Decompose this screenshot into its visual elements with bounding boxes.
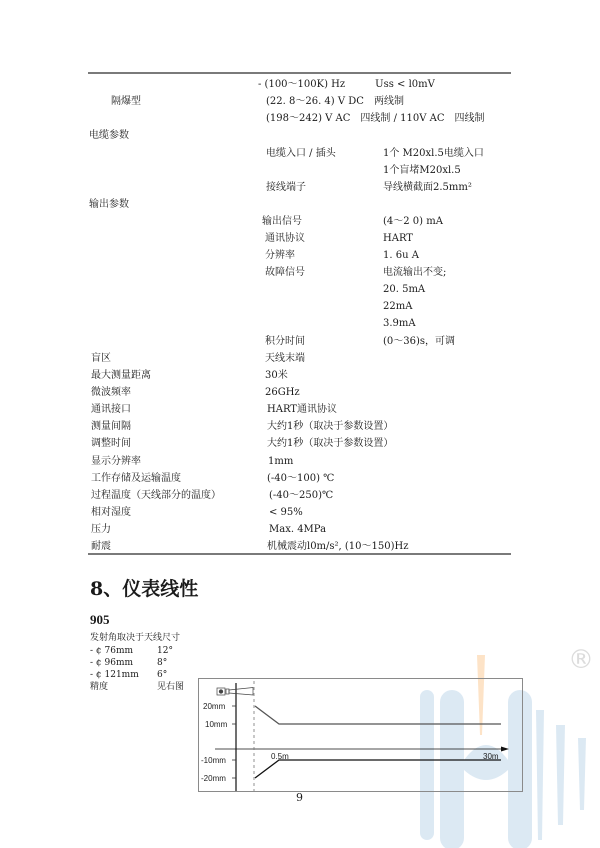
spec-label: 相对湿度 [91,507,131,519]
beam-angle: 12° [157,645,173,657]
spec-label: 过程温度（天线部分的温度） [91,490,221,502]
spec-value: (-40～100) ℃ [267,473,334,485]
output-value: 20. 5mA [383,284,425,296]
top-rule [88,72,511,74]
cable-value: 1个 M20xl.5电缆入口 [383,148,484,160]
y-tick-label: 20mm [203,702,226,711]
spec-value: < 95% [269,507,303,519]
y-tick-label: -10mm [201,756,226,765]
spec-value: Max. 4MPa [269,524,326,536]
upper-tolerance-line [255,706,501,724]
spec-value: 大约1秒（取决于参数设置） [267,438,393,450]
accuracy-value: 见右图 [157,681,184,693]
cable-value: 1个盲堵M20xl.5 [383,165,461,177]
spec-label: 显示分辨率 [91,456,141,468]
beam-size: - ¢ 76mm [90,645,133,657]
beam-size: - ¢ 96mm [90,657,133,669]
spec-value: (198～242) V AC 四线制 / 110V AC 四线制 [266,113,485,125]
bottom-rule [88,553,511,555]
spec-label: 测量间隔 [91,421,131,433]
y-tick-label: 10mm [205,720,228,729]
beam-angle: 8° [157,657,167,669]
cable-key: 接线端子 [266,182,306,194]
beam-heading: 发射角取决于天线尺寸 [90,632,180,644]
cable-key: 电缆入口 / 插头 [266,148,336,160]
accuracy-label: 精度 [90,681,108,693]
output-key: 输出信号 [262,216,302,228]
spec-value: HART通讯协议 [267,404,337,416]
page-number: 9 [296,791,303,804]
section-title: 8、仪表线性 [90,574,198,601]
accuracy-chart-svg: 20mm 10mm -10mm -20mm 0.5m 30m [199,679,522,791]
spec-label: 隔爆型 [111,96,141,108]
beam-size: - ¢ 121mm [90,669,139,681]
spec-value: 天线末端 [265,353,305,365]
antenna-icon [217,688,253,696]
output-key: 通讯协议 [265,233,305,245]
spec-label: 压力 [91,524,111,536]
registered-mark: ® [568,645,594,675]
cable-params-heading: 电缆参数 [89,130,129,142]
y-tick-label: -20mm [201,774,226,783]
spec-label: 微波频率 [91,387,131,399]
spec-label: 通讯接口 [91,404,131,416]
spec-value: 30米 [265,370,288,382]
accuracy-chart: 20mm 10mm -10mm -20mm 0.5m 30m [198,678,523,792]
spec-label: 调整时间 [91,438,131,450]
output-key: 故障信号 [265,267,305,279]
output-value: 22mA [383,301,412,313]
output-value: (0～36)s，可调 [383,336,455,348]
output-params-heading: 输出参数 [89,199,129,211]
spec-value: 大约1秒（取决于参数设置） [267,421,393,433]
spec-value: 1mm [268,456,293,468]
cable-value: 导线横截面2.5mm² [383,182,472,194]
output-value: HART [383,233,413,245]
output-key: 积分时间 [265,336,305,348]
beam-angle: 6° [157,669,167,681]
lower-tolerance-line [255,760,501,778]
spec-label: 耐震 [91,541,111,553]
spec-value: (-40～250)℃ [269,490,333,502]
spec-label: 盲区 [91,353,111,365]
spec-value: 26GHz [265,387,300,399]
spec-label: 最大测量距离 [91,370,151,382]
spec-label: 工作存储及运输温度 [91,473,181,485]
output-value: 3.9mA [383,318,416,330]
spec-value: - (100～100K) Hz Uss < l0mV [258,79,435,91]
output-key: 分辨率 [265,250,295,262]
output-value: 1. 6u A [383,250,419,262]
output-value: 电流输出不变; [383,267,446,279]
spec-value: 机械震动l0m/s², (10～150)Hz [267,541,409,553]
spec-value: (22. 8～26. 4) V DC 两线制 [266,96,404,108]
output-value: (4～2 0) mA [383,216,443,228]
x-axis-arrow-icon [501,747,509,752]
model-number: 905 [90,612,110,628]
